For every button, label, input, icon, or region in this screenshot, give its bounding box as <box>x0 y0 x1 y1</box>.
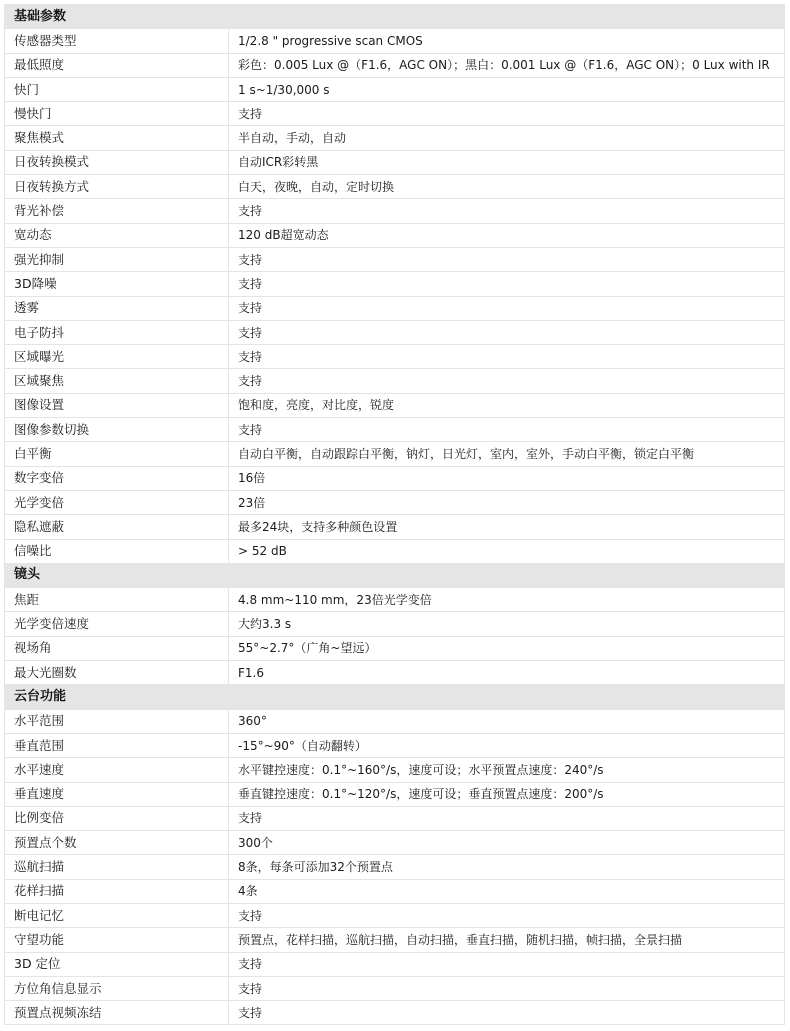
spec-label: 传感器类型 <box>5 29 229 53</box>
table-row: 水平速度水平键控速度：0.1°~160°/s，速度可设；水平预置点速度：240°… <box>5 758 785 782</box>
spec-table: 基础参数传感器类型1/2.8 " progressive scan CMOS最低… <box>4 4 785 1025</box>
table-row: 白平衡自动白平衡，自动跟踪白平衡，钠灯，日光灯，室内，室外，手动白平衡，锁定白平… <box>5 442 785 466</box>
spec-value: 大约3.3 s <box>229 612 785 636</box>
table-row: 日夜转换方式白天，夜晚，自动，定时切换 <box>5 175 785 199</box>
table-row: 比例变倍支持 <box>5 806 785 830</box>
spec-label: 隐私遮蔽 <box>5 515 229 539</box>
table-row: 日夜转换模式自动ICR彩转黑 <box>5 150 785 174</box>
table-row: 隐私遮蔽最多24块，支持多种颜色设置 <box>5 515 785 539</box>
spec-label: 焦距 <box>5 588 229 612</box>
spec-value: 支持 <box>229 418 785 442</box>
spec-label: 3D降噪 <box>5 272 229 296</box>
spec-value: 支持 <box>229 1001 785 1025</box>
table-row: 强光抑制支持 <box>5 247 785 271</box>
spec-label: 宽动态 <box>5 223 229 247</box>
spec-value: > 52 dB <box>229 539 785 563</box>
spec-value: 支持 <box>229 199 785 223</box>
section-title: 基础参数 <box>5 5 785 29</box>
spec-value: 支持 <box>229 296 785 320</box>
spec-label: 花样扫描 <box>5 879 229 903</box>
spec-label: 日夜转换方式 <box>5 175 229 199</box>
table-row: 预置点视频冻结支持 <box>5 1001 785 1025</box>
spec-label: 守望功能 <box>5 928 229 952</box>
table-row: 光学变倍速度大约3.3 s <box>5 612 785 636</box>
spec-label: 背光补偿 <box>5 199 229 223</box>
spec-label: 垂直范围 <box>5 733 229 757</box>
spec-label: 巡航扫描 <box>5 855 229 879</box>
table-row: 巡航扫描8条，每条可添加32个预置点 <box>5 855 785 879</box>
spec-label: 断电记忆 <box>5 903 229 927</box>
spec-label: 日夜转换模式 <box>5 150 229 174</box>
spec-value: 8条，每条可添加32个预置点 <box>229 855 785 879</box>
spec-value: 白天，夜晚，自动，定时切换 <box>229 175 785 199</box>
spec-label: 预置点视频冻结 <box>5 1001 229 1025</box>
spec-label: 光学变倍速度 <box>5 612 229 636</box>
table-row: 区域聚焦支持 <box>5 369 785 393</box>
table-row: 信噪比 > 52 dB <box>5 539 785 563</box>
spec-value: 4.8 mm~110 mm，23倍光学变倍 <box>229 588 785 612</box>
spec-value: 支持 <box>229 247 785 271</box>
table-row: 垂直范围-15°~90°（自动翻转） <box>5 733 785 757</box>
spec-label: 白平衡 <box>5 442 229 466</box>
spec-value: 自动白平衡，自动跟踪白平衡，钠灯，日光灯，室内，室外，手动白平衡，锁定白平衡 <box>229 442 785 466</box>
spec-label: 视场角 <box>5 636 229 660</box>
table-row: 焦距4.8 mm~110 mm，23倍光学变倍 <box>5 588 785 612</box>
spec-value: 水平键控速度：0.1°~160°/s，速度可设；水平预置点速度：240°/s <box>229 758 785 782</box>
spec-value: 垂直键控速度：0.1°~120°/s，速度可设；垂直预置点速度：200°/s <box>229 782 785 806</box>
spec-value: 1 s~1/30,000 s <box>229 77 785 101</box>
spec-value: 支持 <box>229 320 785 344</box>
spec-label: 预置点个数 <box>5 831 229 855</box>
spec-label: 最大光圈数 <box>5 661 229 685</box>
spec-value: 彩色：0.005 Lux @（F1.6，AGC ON）；黑白：0.001 Lux… <box>229 53 785 77</box>
spec-label: 垂直速度 <box>5 782 229 806</box>
spec-label: 信噪比 <box>5 539 229 563</box>
spec-value: 支持 <box>229 806 785 830</box>
spec-label: 数字变倍 <box>5 466 229 490</box>
spec-value: 120 dB超宽动态 <box>229 223 785 247</box>
spec-value: 360° <box>229 709 785 733</box>
spec-label: 快门 <box>5 77 229 101</box>
table-row: 区域曝光支持 <box>5 345 785 369</box>
spec-value: -15°~90°（自动翻转） <box>229 733 785 757</box>
spec-label: 电子防抖 <box>5 320 229 344</box>
spec-value: 23倍 <box>229 490 785 514</box>
table-row: 方位角信息显示支持 <box>5 976 785 1000</box>
spec-value: 支持 <box>229 345 785 369</box>
spec-value: 支持 <box>229 952 785 976</box>
table-row: 图像设置饱和度，亮度，对比度，锐度 <box>5 393 785 417</box>
spec-label: 透雾 <box>5 296 229 320</box>
spec-label: 方位角信息显示 <box>5 976 229 1000</box>
spec-value: 300个 <box>229 831 785 855</box>
table-row: 预置点个数300个 <box>5 831 785 855</box>
section-header-row: 镜头 <box>5 563 785 587</box>
table-row: 3D 定位支持 <box>5 952 785 976</box>
spec-value: 半自动，手动，自动 <box>229 126 785 150</box>
table-row: 透雾支持 <box>5 296 785 320</box>
section-title: 云台功能 <box>5 685 785 709</box>
table-row: 图像参数切换支持 <box>5 418 785 442</box>
section-header-row: 基础参数 <box>5 5 785 29</box>
spec-label: 区域曝光 <box>5 345 229 369</box>
spec-label: 图像参数切换 <box>5 418 229 442</box>
table-row: 花样扫描4条 <box>5 879 785 903</box>
spec-label: 最低照度 <box>5 53 229 77</box>
table-row: 视场角55°~2.7°（广角~望远） <box>5 636 785 660</box>
spec-value: 1/2.8 " progressive scan CMOS <box>229 29 785 53</box>
spec-value: 支持 <box>229 976 785 1000</box>
spec-label: 水平范围 <box>5 709 229 733</box>
table-row: 传感器类型1/2.8 " progressive scan CMOS <box>5 29 785 53</box>
table-row: 光学变倍23倍 <box>5 490 785 514</box>
table-row: 垂直速度垂直键控速度：0.1°~120°/s，速度可设；垂直预置点速度：200°… <box>5 782 785 806</box>
spec-value: 支持 <box>229 102 785 126</box>
table-row: 宽动态120 dB超宽动态 <box>5 223 785 247</box>
table-row: 慢快门支持 <box>5 102 785 126</box>
spec-value: 支持 <box>229 272 785 296</box>
spec-value: 16倍 <box>229 466 785 490</box>
spec-value: 预置点，花样扫描，巡航扫描，自动扫描，垂直扫描，随机扫描，帧扫描，全景扫描 <box>229 928 785 952</box>
spec-label: 慢快门 <box>5 102 229 126</box>
spec-label: 图像设置 <box>5 393 229 417</box>
table-row: 数字变倍16倍 <box>5 466 785 490</box>
spec-value: 支持 <box>229 903 785 927</box>
table-row: 守望功能预置点，花样扫描，巡航扫描，自动扫描，垂直扫描，随机扫描，帧扫描，全景扫… <box>5 928 785 952</box>
spec-label: 比例变倍 <box>5 806 229 830</box>
table-row: 最低照度彩色：0.005 Lux @（F1.6，AGC ON）；黑白：0.001… <box>5 53 785 77</box>
table-row: 快门1 s~1/30,000 s <box>5 77 785 101</box>
spec-value: 饱和度，亮度，对比度，锐度 <box>229 393 785 417</box>
spec-value: 4条 <box>229 879 785 903</box>
spec-value: 支持 <box>229 369 785 393</box>
table-row: 3D降噪支持 <box>5 272 785 296</box>
table-row: 电子防抖支持 <box>5 320 785 344</box>
table-row: 聚焦模式半自动，手动，自动 <box>5 126 785 150</box>
spec-label: 水平速度 <box>5 758 229 782</box>
table-row: 断电记忆支持 <box>5 903 785 927</box>
spec-label: 光学变倍 <box>5 490 229 514</box>
table-row: 背光补偿支持 <box>5 199 785 223</box>
spec-table-body: 基础参数传感器类型1/2.8 " progressive scan CMOS最低… <box>5 5 785 1025</box>
spec-value: 55°~2.7°（广角~望远） <box>229 636 785 660</box>
table-row: 最大光圈数F1.6 <box>5 661 785 685</box>
spec-value: F1.6 <box>229 661 785 685</box>
section-title: 镜头 <box>5 563 785 587</box>
spec-label: 区域聚焦 <box>5 369 229 393</box>
section-header-row: 云台功能 <box>5 685 785 709</box>
table-row: 水平范围360° <box>5 709 785 733</box>
spec-value: 最多24块，支持多种颜色设置 <box>229 515 785 539</box>
spec-value: 自动ICR彩转黑 <box>229 150 785 174</box>
spec-label: 3D 定位 <box>5 952 229 976</box>
spec-label: 聚焦模式 <box>5 126 229 150</box>
spec-label: 强光抑制 <box>5 247 229 271</box>
